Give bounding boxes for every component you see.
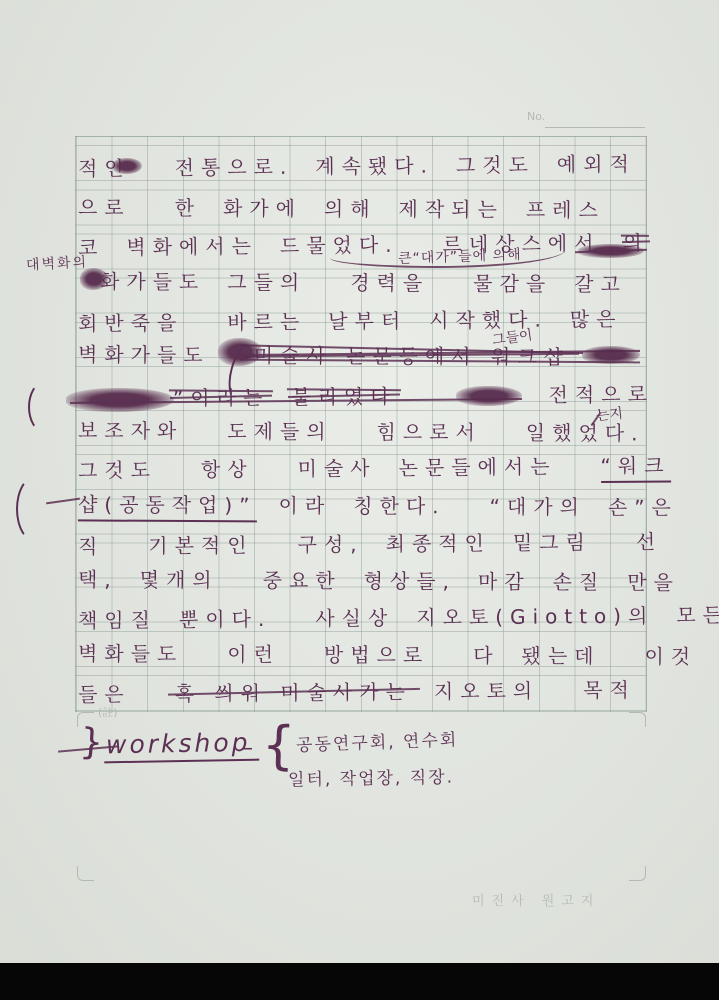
note-area-marker: (註)	[98, 704, 118, 720]
handwritten-word: 직	[78, 530, 105, 559]
handwritten-word: 사실상	[315, 602, 394, 632]
handwritten-word: 모든	[676, 599, 719, 628]
handwritten-word: 택,	[78, 563, 118, 592]
footnote-term: workshop	[104, 728, 259, 764]
margin-mark	[16, 476, 54, 542]
handwritten-word: 미술사	[297, 452, 376, 482]
handwritten-word: 물감을	[473, 267, 552, 296]
manuscript-line: 화가들도그들의경력을물감을갈고	[78, 265, 700, 302]
handwritten-word: 구성,	[297, 528, 363, 558]
handwritten-word: 벽화들도	[78, 637, 183, 667]
handwritten-word: 벽화에서는	[126, 230, 258, 260]
manuscript-line: 택,몇개의중요한형상들,마감손질만을	[78, 563, 678, 600]
page-number-line	[545, 127, 645, 128]
handwritten-word: 몇개의	[140, 564, 219, 593]
handwritten-word: 일했었다.	[526, 417, 645, 447]
manuscript-line: 벽화들도이런방법으로다됐는데이것	[78, 637, 678, 674]
handwritten-word: 뿐이다.	[179, 603, 272, 633]
note-area-corner	[77, 866, 94, 881]
handwritten-word: 기본적인	[148, 529, 254, 559]
page-number-label: No.	[527, 110, 545, 123]
margin-mark	[28, 382, 58, 432]
handwritten-word: 최종적인	[385, 527, 491, 557]
manuscript-line: 으로한화가에의해제작되는프레스	[78, 191, 678, 228]
manuscript-line: 책임질뿐이다.사실상지오토(Giotto)의모든	[78, 599, 678, 638]
handwritten-word-underlined: 샵(공동작업)”	[78, 488, 257, 522]
handwritten-word: 한	[175, 192, 201, 221]
handwritten-word: 의해	[324, 193, 377, 222]
footnote-lead-brace: }	[79, 721, 105, 763]
handwritten-word: 항상	[201, 453, 254, 482]
handwritten-word: 중요한	[263, 564, 342, 593]
manuscript-line: 보조자와도제들의힘으로서일했었다.	[78, 414, 678, 451]
handwritten-word: 이런	[227, 638, 280, 667]
note-area-corner	[629, 866, 646, 881]
manuscript-line: 직기본적인구성,최종적인밑그림선	[78, 525, 678, 564]
footnote-dash: –	[242, 736, 253, 761]
handwritten-word: 프레스	[526, 194, 605, 223]
manuscript-line: 회반죽을바르는날부터시작했다.많은	[78, 302, 678, 341]
handwritten-word: 됐는데	[521, 640, 600, 669]
handwritten-word: 만을	[627, 566, 680, 595]
handwritten-word: 바르는	[227, 306, 306, 336]
handwritten-word: 그것도	[456, 149, 535, 179]
handwritten-word: 칭한다.	[353, 490, 445, 519]
handwritten-word: 보조자와	[78, 414, 183, 444]
margin-annotation: 대벽화의	[26, 251, 89, 274]
handwritten-word: 밑그림	[513, 526, 592, 556]
scanned-manuscript-page: No. 적인전통으로.계속됐다.그것도예외적 으로한화가에의해제작되는프레스 코…	[0, 0, 719, 1000]
struck-phrase: 혹 씌워 미술사가는	[175, 676, 413, 707]
handwritten-word: 많은	[570, 303, 623, 332]
handwritten-word: 갈고	[574, 268, 627, 297]
handwritten-word-underlined: “워크	[600, 449, 670, 483]
handwritten-word: 논문들에서는	[398, 450, 556, 480]
handwritten-word: 제작되는	[399, 193, 504, 223]
handwritten-word: 벽화가들도	[78, 338, 210, 368]
handwritten-word: 화가들도	[100, 265, 205, 295]
handwritten-word: 그것도	[78, 454, 157, 484]
handwritten-word: 목적	[583, 674, 636, 703]
handwritten-word: 예외적	[557, 148, 636, 178]
handwritten-word: 으로	[78, 191, 131, 220]
note-area-corner	[629, 712, 646, 727]
handwritten-word: 책임질	[78, 604, 157, 634]
handwritten-word: 전통으로.	[175, 151, 294, 181]
footnote-row: 공동연구회, 연수회	[296, 725, 459, 756]
handwritten-word: 그들의	[227, 266, 306, 295]
scanner-background-bar	[0, 963, 719, 1000]
handwritten-word: 손질	[553, 566, 606, 595]
handwritten-word: 계속됐다.	[315, 150, 434, 180]
handwritten-word: 이것	[644, 640, 697, 669]
handwritten-word: 이라	[279, 489, 332, 518]
handwritten-word: 형상들,	[364, 565, 456, 594]
handwritten-word: 전적으로	[548, 378, 654, 408]
manuscript-line: 들은혹 씌워 미술사가는지오토의목적	[78, 673, 678, 712]
handwritten-word: 손”은	[608, 491, 678, 520]
struck-word: 불리었다	[291, 380, 397, 410]
footnote-row: 일터, 작업장, 직장.	[288, 763, 454, 791]
printed-footer-text: 미진사 원고지	[472, 890, 600, 909]
manuscript-line: 그것도항상미술사논문들에서는“워크	[78, 449, 678, 488]
handwritten-word: “대가의	[489, 491, 585, 521]
manuscript-paper: No. 적인전통으로.계속됐다.그것도예외적 으로한화가에의해제작되는프레스 코…	[0, 0, 719, 963]
handwritten-word: 방법으로	[324, 639, 429, 669]
handwritten-word: 선	[636, 526, 663, 555]
handwritten-word: 다	[473, 639, 499, 668]
manuscript-line: 적인전통으로.계속됐다.그것도예외적	[78, 147, 678, 186]
handwritten-word: 지오토의	[434, 675, 540, 705]
handwritten-word: 지오토(Giotto)의	[416, 600, 654, 631]
handwritten-word: 날부터	[328, 305, 407, 335]
handwritten-word: 도제들의	[227, 415, 332, 445]
handwritten-word: 회반죽을	[78, 307, 184, 337]
handwritten-word: 경력을	[350, 267, 429, 296]
handwritten-word: 화가에	[223, 192, 302, 221]
handwritten-word: 힘으로서	[376, 416, 481, 446]
handwritten-word: 마감	[478, 566, 531, 595]
manuscript-line: 샵(공동작업)”이라칭한다.“대가의손”은오	[78, 488, 678, 525]
